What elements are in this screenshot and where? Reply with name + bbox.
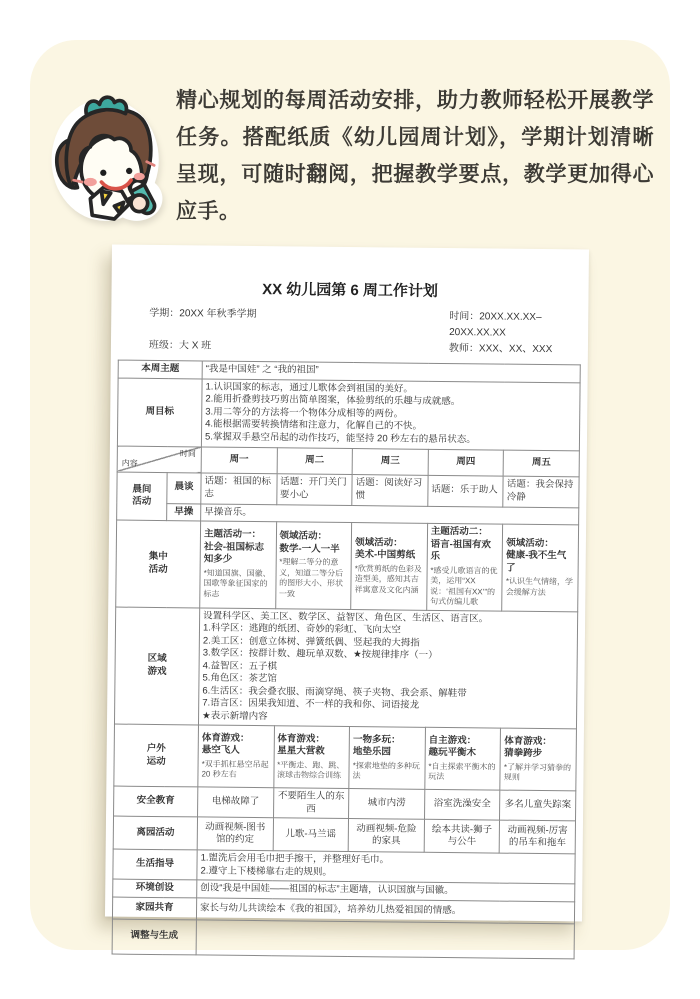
intro-section: 精心规划的每周活动安排，助力教师轻松开展教学任务。搭配纸质《幼儿园周计划》，学期… xyxy=(46,82,658,230)
cell-focus-thursday: 主题活动二： 语言-祖国有欢乐*感受儿歌语言的优美，运用“XX 说：‘祖国有XX… xyxy=(427,523,503,610)
meta-teachers: 教师：XXX、XX、XXX xyxy=(449,341,572,358)
header-thursday: 周四 xyxy=(428,449,504,476)
label-environment-creation: 环境创设 xyxy=(113,879,197,897)
intro-text: 精心规划的每周活动安排，助力教师轻松开展教学任务。搭配纸质《幼儿园周计划》，学期… xyxy=(176,82,654,230)
label-morning-activity: 晨间 活动 xyxy=(117,472,168,521)
diagonal-time-label: 时间 xyxy=(180,448,196,461)
meta-semester: 学期：20XX 年秋季学期 xyxy=(149,306,449,341)
meta-class: 班级：大 X 班 xyxy=(149,338,449,357)
cell-chat-friday: 话题：我会保持冷静 xyxy=(503,476,579,508)
row-focus-activity: 集中 活动 主题活动一： 社会-祖国标志知多少*知道国旗、国徽、国歌等象征国家的… xyxy=(116,520,579,611)
row-safety-education: 安全教育 电梯故障了 不要陌生人的东西 城市内涝 浴室洗澡安全 多名儿童失踪案 xyxy=(114,786,576,821)
cell-focus-tuesday: 领域活动： 数学-一人一半*理解二等分的意义，知道二等分后的图形大小、形状一致 xyxy=(275,522,351,609)
cell-outdoor-monday: 体育游戏： 悬空飞人*双手抓杠悬空吊起 20 秒左右 xyxy=(198,725,274,788)
header-wednesday: 周三 xyxy=(352,448,428,475)
cell-life-guidance: 1.盥洗后会用毛巾把手擦干，并整理好毛巾。 2.遵守上下楼梯靠右走的规则。 xyxy=(197,850,575,884)
header-monday: 周一 xyxy=(201,446,277,473)
cell-leaving-friday: 动画视频-厉害的吊车和拖车 xyxy=(500,820,576,854)
diagonal-content-label: 内容 xyxy=(122,458,138,471)
label-life-guidance: 生活指导 xyxy=(113,849,197,880)
cell-leaving-thursday: 绘本共读-狮子与公牛 xyxy=(424,819,500,853)
cell-chat-thursday: 话题：乐于助人 xyxy=(428,475,504,507)
cell-safety-monday: 电梯故障了 xyxy=(198,787,274,818)
label-outdoor-sports: 户外 运动 xyxy=(114,724,199,787)
cell-week-goals: 1.认识国家的标志，通过儿歌体会到祖国的美好。 2.能用折叠剪技巧剪出简单图案，… xyxy=(201,378,580,450)
label-leaving-activity: 离园活动 xyxy=(113,816,197,850)
cell-outdoor-wednesday: 一物多玩： 地垫乐园*探索地垫的多种玩法 xyxy=(349,727,425,790)
cell-focus-monday: 主题活动一： 社会-祖国标志知多少*知道国旗、国徽、国歌等象征国家的标志 xyxy=(200,521,276,608)
row-outdoor-sports: 户外 运动 体育游戏： 悬空飞人*双手抓杠悬空吊起 20 秒左右 体育游戏： 星… xyxy=(114,724,577,791)
label-regional-games: 区域 游戏 xyxy=(114,607,199,725)
header-tuesday: 周二 xyxy=(277,447,353,474)
cell-chat-monday: 话题：祖国的标志 xyxy=(201,472,277,504)
cell-chat-tuesday: 话题：开门关门要小心 xyxy=(276,473,352,505)
label-focus-activity: 集中 活动 xyxy=(116,520,201,607)
label-week-goals: 周目标 xyxy=(117,378,202,447)
cell-outdoor-friday: 体育游戏： 猜拳跨步*了解并学习猜拳的规则 xyxy=(500,728,576,791)
document-meta: 学期：20XX 年秋季学期 时间：20XX.XX.XX–20XX.XX.XX 班… xyxy=(111,305,588,358)
label-home-coeducation: 家园共育 xyxy=(112,897,196,920)
girl-with-crayon-icon xyxy=(46,88,168,228)
row-morning-chat: 晨间 活动 晨谈 话题：祖国的标志 话题：开门关门要小心 话题：阅读好习惯 话题… xyxy=(117,472,579,508)
document-title: XX 幼儿园第 6 周工作计划 xyxy=(111,277,588,303)
cell-safety-wednesday: 城市内涝 xyxy=(349,789,425,820)
cell-safety-friday: 多名儿童失踪案 xyxy=(500,790,576,821)
row-day-header: 时间 内容 周一 周二 周三 周四 周五 xyxy=(117,446,579,477)
row-life-guidance: 生活指导 1.盥洗后会用毛巾把手擦干，并整理好毛巾。 2.遵守上下楼梯靠右走的规… xyxy=(113,849,575,884)
label-adjust-generate: 调整与生成 xyxy=(112,919,196,955)
row-leaving-activity: 离园活动 动画视频-图书馆的约定 儿歌-马兰谣 动画视频-危险的家具 绘本共读-… xyxy=(113,816,575,854)
plan-table: 本周主题 “我是中国娃” 之 “我的祖国” 周目标 1.认识国家的标志，通过儿歌… xyxy=(112,360,581,959)
row-week-goals: 周目标 1.认识国家的标志，通过儿歌体会到祖国的美好。 2.能用折叠剪技巧剪出简… xyxy=(117,378,580,451)
label-morning-exercise: 早操 xyxy=(167,503,201,521)
meta-time: 时间：20XX.XX.XX–20XX.XX.XX xyxy=(449,309,572,342)
cell-focus-wednesday: 领域活动： 美术-中国剪纸*欣赏剪纸的色彩及造型美，感知其吉祥寓意及文化内涵 xyxy=(351,523,427,610)
label-morning-chat: 晨谈 xyxy=(167,472,201,503)
cell-adjust-generate xyxy=(196,919,574,958)
cell-leaving-monday: 动画视频-图书馆的约定 xyxy=(197,817,273,851)
cell-regional-games: 设置科学区、美工区、数学区、益智区、角色区、生活区、语言区。 1.科学区：逃跑的… xyxy=(199,607,578,728)
cell-safety-tuesday: 不要陌生人的东西 xyxy=(273,788,349,819)
cell-outdoor-tuesday: 体育游戏： 星星大营救*平衡走、跑、跳、滚球击物综合训练 xyxy=(273,726,349,789)
row-adjust-generate: 调整与生成 xyxy=(112,919,574,959)
cell-leaving-tuesday: 儿歌-马兰谣 xyxy=(273,818,349,852)
cell-safety-thursday: 浴室洗澡安全 xyxy=(424,789,500,820)
cell-focus-friday: 领域活动： 健康-我不生气了*认识生气情绪，学会缓解方法 xyxy=(502,524,579,611)
header-friday: 周五 xyxy=(504,450,580,477)
weekly-plan-sheet: XX 幼儿园第 6 周工作计划 学期：20XX 年秋季学期 时间：20XX.XX… xyxy=(105,245,589,922)
label-safety-education: 安全教育 xyxy=(114,786,198,817)
diagonal-header-cell: 时间 内容 xyxy=(117,446,201,473)
cell-outdoor-thursday: 自主游戏： 趣玩平衡木*自主探索平衡木的玩法 xyxy=(425,727,501,790)
row-regional-games: 区域 游戏 设置科学区、美工区、数学区、益智区、角色区、生活区、语言区。 1.科… xyxy=(114,607,577,729)
cell-chat-wednesday: 话题：阅读好习惯 xyxy=(352,474,428,506)
cell-leaving-wednesday: 动画视频-危险的家具 xyxy=(348,819,424,853)
label-weekly-theme: 本周主题 xyxy=(118,360,202,378)
page: 精心规划的每周活动安排，助力教师轻松开展教学任务。搭配纸质《幼儿园周计划》，学期… xyxy=(0,0,700,999)
